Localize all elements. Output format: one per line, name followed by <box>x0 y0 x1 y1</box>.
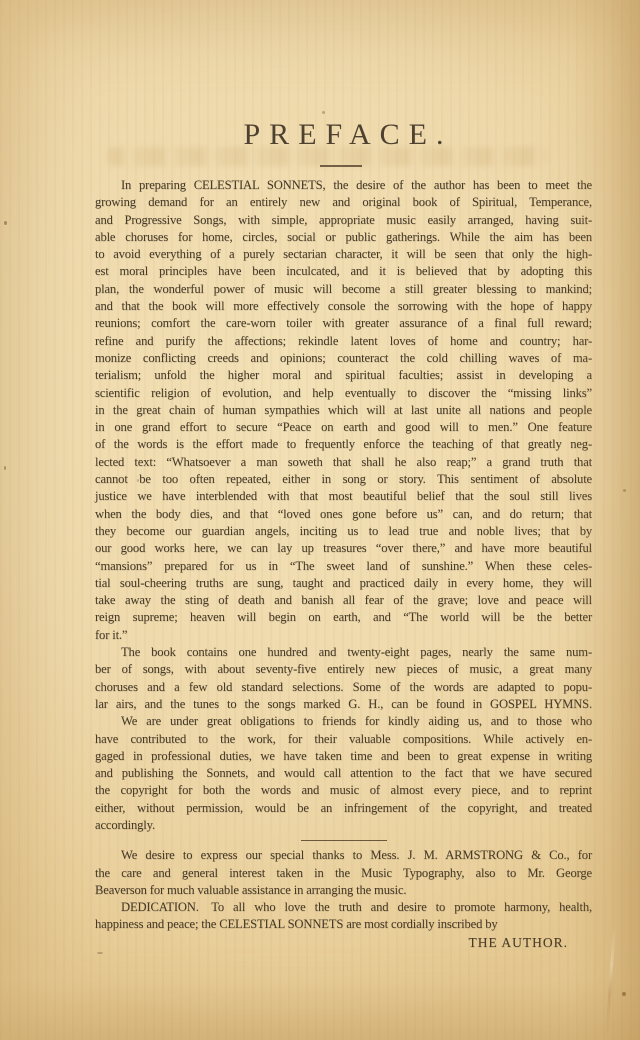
text-line: cannot be too often repeated, either in … <box>95 471 592 488</box>
body-text: In preparing CELESTIAL SONNETS, the desi… <box>95 177 592 951</box>
paper-crease <box>605 925 616 1040</box>
paper-speck <box>4 466 6 470</box>
paper-speck <box>322 111 325 114</box>
text-line: they become our guardian angels, incitin… <box>95 523 592 540</box>
text-line: The book contains one hundred and twenty… <box>95 644 592 661</box>
text-line: terialism; unfold the higher moral and s… <box>95 367 592 384</box>
paper-speck <box>622 992 626 996</box>
page-edge-shadow-bottom <box>0 980 640 1040</box>
text-line: the copyright for both the words and mus… <box>95 782 592 799</box>
text-line: growing demand for an entirely new and o… <box>95 194 592 211</box>
text-line: take away the sting of death and banish … <box>95 592 592 609</box>
text-line: We desire to express our special thanks … <box>95 847 592 864</box>
text-line: ber of songs, with about seventy-five en… <box>95 661 592 678</box>
section-rule-band <box>95 834 592 847</box>
text-line: and Progressive Songs, with simple, appr… <box>95 212 592 229</box>
text-line: happiness and peace; the CELESTIAL SONNE… <box>95 916 592 933</box>
text-line: for it.” <box>95 627 592 644</box>
text-line: in one grand effort to secure “Peace on … <box>95 419 592 436</box>
text-line: have contributed to the work, for their … <box>95 731 592 748</box>
text-line: tial soul-cheering truths are sung, taug… <box>95 575 592 592</box>
text-line: est moral principles have been inculcate… <box>95 263 592 280</box>
text-line: in the great chain of human sympathies w… <box>95 402 592 419</box>
text-line: gaged in professional duties, we have ta… <box>95 748 592 765</box>
text-line: the care and general interest taken in t… <box>95 865 592 882</box>
text-line: either, without permission, would be an … <box>95 800 592 817</box>
section-rule <box>301 840 387 841</box>
text-line: to avoid everything of a purely sectaria… <box>95 246 592 263</box>
author-signature: THE AUTHOR. <box>95 934 592 951</box>
text-line: “mansions” prepared for us in “The sweet… <box>95 558 592 575</box>
preface-title: PREFACE. <box>95 119 592 151</box>
text-line: our good works here, we can lay up treas… <box>95 540 592 557</box>
text-line: when the body dies, and that “loved ones… <box>95 506 592 523</box>
text-line: accordingly. <box>95 817 592 834</box>
text-line: scientific religion of evolution, and he… <box>95 385 592 402</box>
text-line: We are under great obligations to friend… <box>95 713 592 730</box>
text-line: reunions; comfort the care-worn toiler w… <box>95 315 592 332</box>
text-line: of the words is the effort made to frequ… <box>95 436 592 453</box>
text-line: refine and purify the affections; rekind… <box>95 333 592 350</box>
text-line: monize conflicting creeds and opinions; … <box>95 350 592 367</box>
paper-speck <box>4 221 7 225</box>
text-line: lected text: “Whatsoever a man soweth th… <box>95 454 592 471</box>
text-line: and publishing the Sonnets, and would ca… <box>95 765 592 782</box>
text-line: able choruses for home, circles, social … <box>95 229 592 246</box>
text-line: Beaverson for much valuable assistance i… <box>95 882 592 899</box>
text-line: DEDICATION. To all who love the truth an… <box>95 899 592 916</box>
paper-speck <box>623 489 626 492</box>
text-line: In preparing CELESTIAL SONNETS, the desi… <box>95 177 592 194</box>
text-line: reign supreme; heaven will begin on eart… <box>95 609 592 626</box>
text-line: and that the book will more effectively … <box>95 298 592 315</box>
text-line: justice we have interblended with that m… <box>95 488 592 505</box>
paper-speck <box>97 952 103 954</box>
scanned-page: PREFACE. In preparing CELESTIAL SONNETS,… <box>0 0 640 1040</box>
text-line: choruses and a few old standard selectio… <box>95 679 592 696</box>
text-line: lar airs, and the tunes to the songs mar… <box>95 696 592 713</box>
text-line: plan, the wonderful power of music will … <box>95 281 592 298</box>
title-rule <box>320 165 362 167</box>
